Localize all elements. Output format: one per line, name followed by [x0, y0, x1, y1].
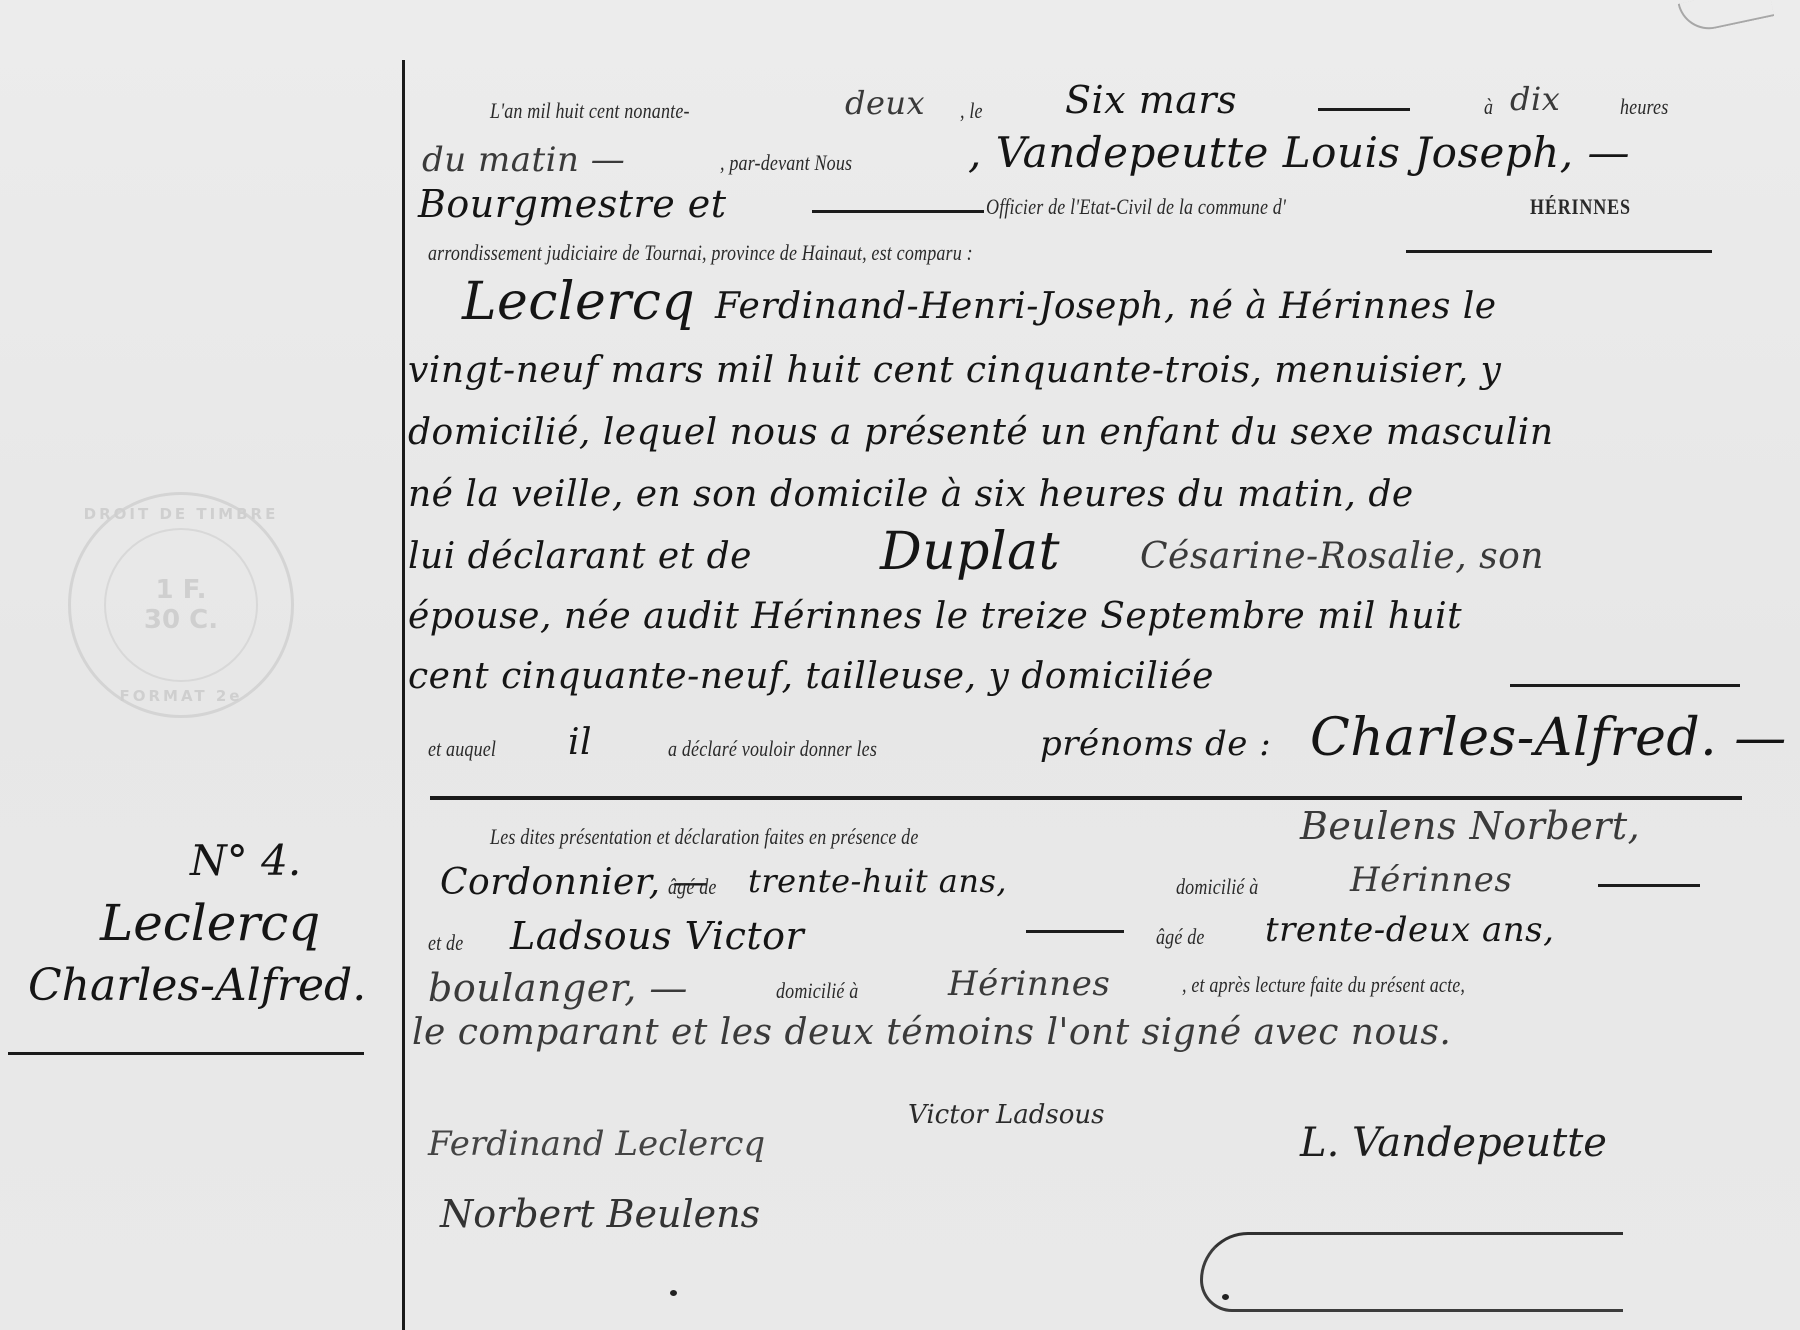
declarant-line-4: né la veille, en son domicile à six heur… — [408, 474, 1414, 515]
witness2-name: Ladsous Victor — [510, 914, 804, 958]
hand-officer-name: , Vandepeutte Louis Joseph, — — [968, 128, 1630, 177]
declarant-line-1: Ferdinand-Henri-Joseph, né à Hérinnes le — [715, 286, 1497, 327]
stamp-inner: 1 F. 30 C. — [104, 528, 258, 682]
witness1-name: Beulens Norbert, — [1300, 804, 1640, 848]
hand-pronoun: il — [568, 722, 592, 763]
ink-spot — [670, 1290, 677, 1296]
signature-flourish — [1200, 1232, 1623, 1312]
margin-record-number: N° 4. — [190, 836, 301, 885]
hand-time: du matin — — [422, 140, 625, 180]
printed-domicilie: domicilié à — [1176, 874, 1258, 900]
printed-et-de: et de — [428, 930, 463, 956]
declarant-line-5a: lui déclarant et de — [408, 536, 752, 577]
signature-father: Ferdinand Leclercq — [428, 1124, 765, 1164]
printed-age-de: âgé de — [668, 874, 717, 900]
hand-prenoms: prénoms de : — [1040, 724, 1271, 764]
signature-officer: L. Vandepeutte — [1300, 1120, 1607, 1166]
declarant-line-7: cent cinquante-neuf, tailleuse, y domici… — [408, 656, 1214, 697]
corner-ink-mark — [1678, 0, 1775, 35]
section-divider — [430, 796, 1742, 800]
fill-dash — [1026, 930, 1124, 933]
stamp-value-bottom: 30 C. — [144, 605, 218, 635]
declarant-line-2: vingt-neuf mars mil huit cent cinquante-… — [408, 350, 1501, 391]
stamp-value-top: 1 F. — [156, 575, 207, 605]
document-page: DROIT DE TIMBRE 1 F. 30 C. FORMAT 2e N° … — [0, 0, 1800, 1330]
printed-lecture: , et après lecture faite du présent acte… — [1182, 972, 1465, 998]
hand-hour: dix — [1510, 80, 1560, 118]
printed-officier: Officier de l'Etat-Civil de la commune d… — [986, 194, 1286, 220]
fill-dash — [1318, 108, 1410, 111]
closing-line: le comparant et les deux témoins l'ont s… — [412, 1012, 1451, 1053]
margin-underline — [8, 1052, 364, 1055]
witness2-occupation: boulanger, — — [428, 966, 688, 1010]
fill-dash — [1510, 684, 1740, 687]
witness1-place: Hérinnes — [1350, 860, 1512, 900]
margin-surname: Leclercq — [100, 894, 320, 952]
printed-declare: a déclaré vouloir donner les — [668, 736, 877, 762]
witness2-age: trente-deux ans, — [1265, 910, 1554, 950]
printed-heures: heures — [1620, 94, 1668, 120]
printed-arrondissement: arrondissement judiciaire de Tournai, pr… — [428, 240, 973, 266]
signature-witness2: Victor Ladsous — [908, 1100, 1105, 1130]
printed-commune: HÉRINNES — [1530, 194, 1631, 220]
printed-age-de-2: âgé de — [1156, 924, 1205, 950]
fill-dash — [812, 210, 984, 213]
fill-dash — [1406, 250, 1712, 253]
printed-par-devant: , par-devant Nous — [720, 150, 852, 176]
declarant-surname: Leclercq — [462, 272, 695, 332]
child-given-names: Charles-Alfred. — — [1310, 708, 1787, 768]
signature-witness1: Norbert Beulens — [440, 1192, 760, 1236]
mother-surname: Duplat — [880, 522, 1060, 582]
printed-witness-intro: Les dites présentation et déclaration fa… — [490, 824, 919, 850]
witness1-age: trente-huit ans, — [748, 862, 1007, 900]
stamp-ring-top: DROIT DE TIMBRE — [84, 505, 279, 523]
witness2-place: Hérinnes — [948, 964, 1110, 1004]
hand-title: Bourgmestre et — [418, 182, 727, 226]
hand-date: Six mars — [1065, 78, 1237, 122]
declarant-line-3: domicilié, lequel nous a présenté un enf… — [408, 412, 1554, 453]
declarant-line-5b: Césarine-Rosalie, son — [1140, 536, 1544, 577]
printed-a: à — [1484, 94, 1493, 120]
printed-et-auquel: et auquel — [428, 736, 496, 762]
tax-stamp: DROIT DE TIMBRE 1 F. 30 C. FORMAT 2e — [68, 492, 294, 718]
fill-dash — [1598, 884, 1700, 887]
printed-domicilie-2: domicilié à — [776, 978, 858, 1004]
printed-year-prefix: L'an mil huit cent nonante- — [490, 98, 690, 124]
margin-given-names: Charles-Alfred. — [28, 960, 366, 1011]
printed-le: , le — [960, 98, 983, 124]
margin-vertical-rule — [402, 60, 405, 1330]
declarant-line-6: épouse, née audit Hérinnes le treize Sep… — [408, 596, 1462, 637]
stamp-ring-bottom: FORMAT 2e — [120, 687, 243, 705]
hand-year: deux — [845, 84, 925, 122]
ink-spot — [1222, 1294, 1229, 1300]
